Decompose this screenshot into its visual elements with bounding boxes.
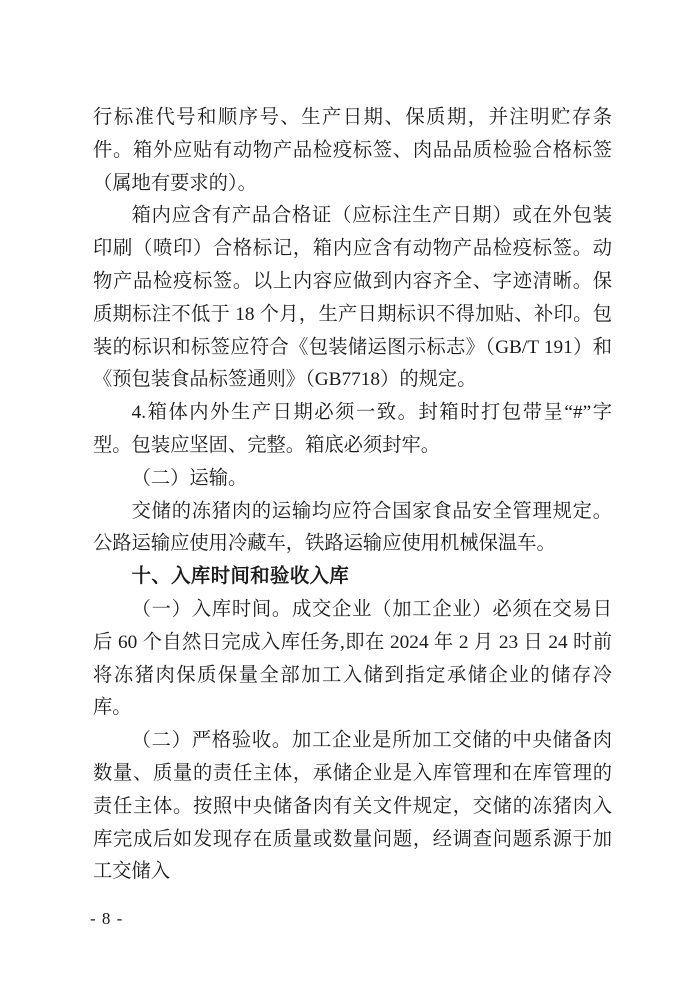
paragraph: （一）入库时间。成交企业（加工企业）必须在交易日后 60 个自然日完成入库任务,… [93, 594, 612, 725]
paragraph: （二）运输。 [93, 463, 612, 496]
paragraph: 箱内应含有产品合格证（应标注生产日期）或在外包装印刷（喷印）合格标记，箱内应含有… [93, 200, 612, 397]
paragraph: 交储的冻猪肉的运输均应符合国家食品安全管理规定。公路运输应使用冷藏车，铁路运输应… [93, 496, 612, 562]
paragraph: （二）严格验收。加工企业是所加工交储的中央储备肉数量、质量的责任主体，承储企业是… [93, 725, 612, 889]
page-number: - 8 - [90, 908, 123, 930]
paragraph: 行标准代号和顺序号、生产日期、保质期，并注明贮存条件。箱外应贴有动物产品检疫标签… [93, 102, 612, 200]
document-page: 行标准代号和顺序号、生产日期、保质期，并注明贮存条件。箱外应贴有动物产品检疫标签… [0, 0, 700, 989]
section-heading: 十、入库时间和验收入库 [93, 561, 612, 594]
document-text: 行标准代号和顺序号、生产日期、保质期，并注明贮存条件。箱外应贴有动物产品检疫标签… [93, 102, 612, 889]
paragraph: 4.箱体内外生产日期必须一致。封箱时打包带呈“#”字型。包装应坚固、完整。箱底必… [93, 397, 612, 463]
